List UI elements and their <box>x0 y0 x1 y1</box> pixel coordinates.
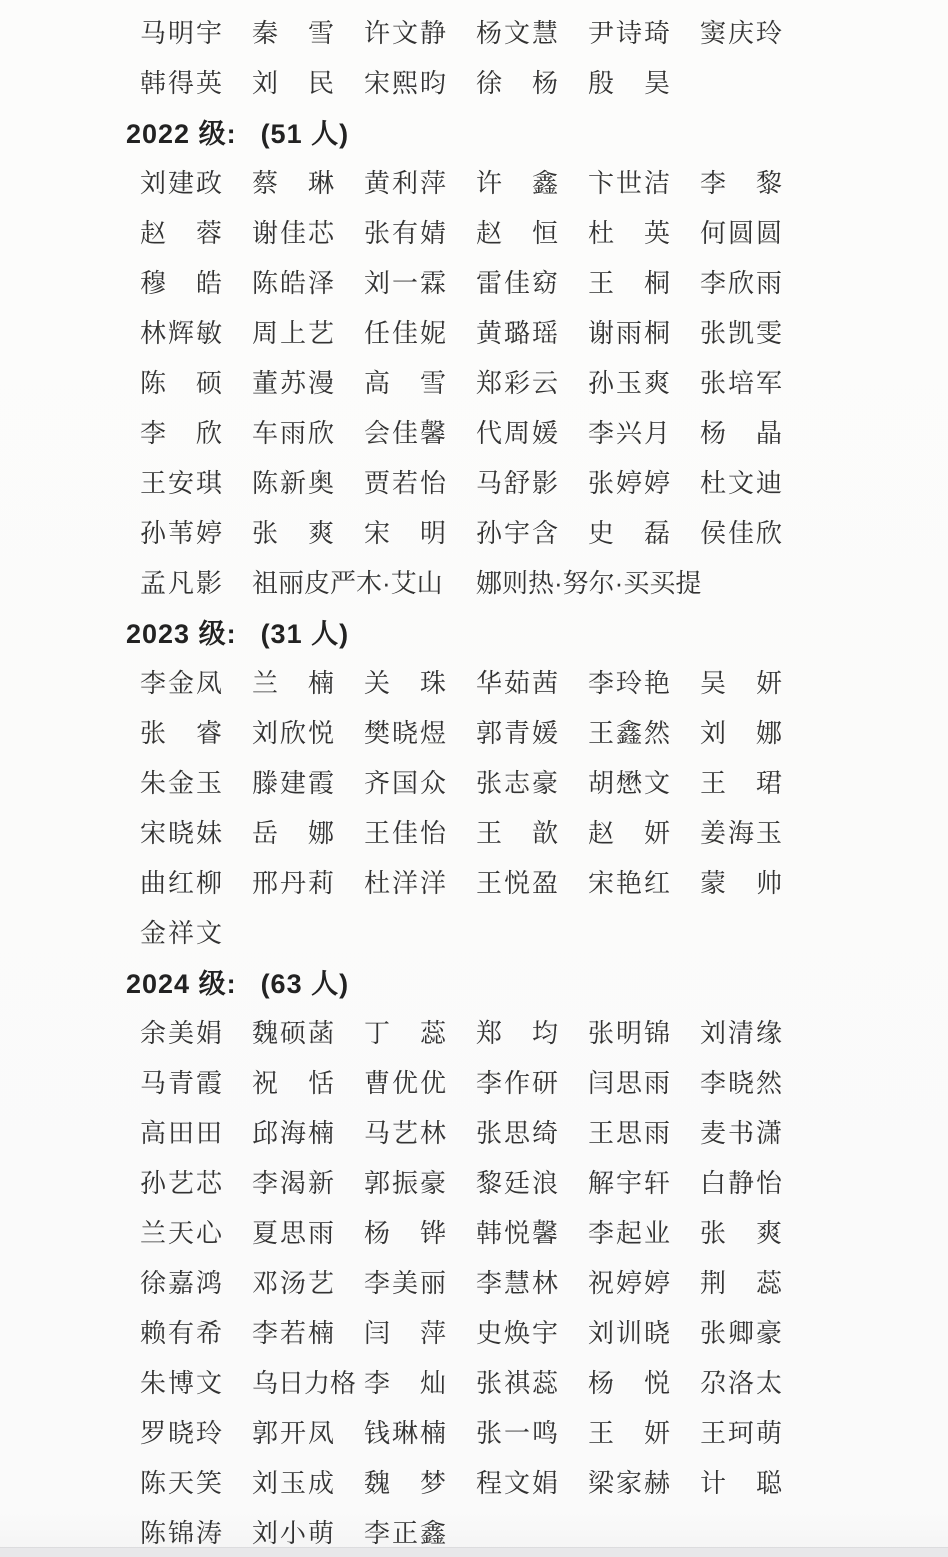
student-name: 雷佳窈 <box>476 263 558 300</box>
student-name: 金祥文 <box>140 913 222 950</box>
student-name: 刘一霖 <box>364 263 446 300</box>
student-name: 祝恬 <box>252 1063 334 1100</box>
student-name: 刘小萌 <box>252 1513 334 1550</box>
student-name: 杜英 <box>588 213 670 250</box>
student-name: 孙艺芯 <box>140 1163 222 1200</box>
name-row: 马明宇秦雪许文静杨文慧尹诗琦窦庆玲 <box>140 6 948 56</box>
student-name: 王鑫然 <box>588 713 670 750</box>
student-name: 麦书潇 <box>700 1113 782 1150</box>
student-name: 兰楠 <box>252 663 334 700</box>
student-name: 罗晓玲 <box>140 1413 222 1450</box>
student-name: 黄利萍 <box>364 163 446 200</box>
class-year-header: 2022 级:(51 人) <box>126 106 948 156</box>
student-name: 窦庆玲 <box>700 13 782 50</box>
student-name: 王歆 <box>476 813 558 850</box>
student-name: 余美娟 <box>140 1013 222 1050</box>
student-name: 董苏漫 <box>252 363 334 400</box>
class-count-label: (31 人) <box>261 612 350 651</box>
student-name: 贾若怡 <box>364 463 446 500</box>
student-name: 史磊 <box>588 513 670 550</box>
student-name: 李起业 <box>588 1213 670 1250</box>
student-name: 蔡琳 <box>252 163 334 200</box>
class-year-header: 2023 级:(31 人) <box>126 606 948 656</box>
student-name: 赵恒 <box>476 213 558 250</box>
student-name: 樊晓煜 <box>364 713 446 750</box>
name-row: 宋晓妹岳娜王佳怡王歆赵妍姜海玉 <box>140 806 948 856</box>
student-name: 郭振豪 <box>364 1163 446 1200</box>
name-row: 兰天心夏思雨杨铧韩悦馨李起业张爽 <box>140 1206 948 1256</box>
student-name: 齐国众 <box>364 763 446 800</box>
student-name: 谢雨桐 <box>588 313 670 350</box>
student-name: 杨铧 <box>364 1213 446 1250</box>
student-name: 魏硕菡 <box>252 1013 334 1050</box>
student-name: 姜海玉 <box>700 813 782 850</box>
student-name: 张有婧 <box>364 213 446 250</box>
student-name: 黎廷浪 <box>476 1163 558 1200</box>
student-name: 王妍 <box>588 1413 670 1450</box>
student-name: 张婷婷 <box>588 463 670 500</box>
student-name: 夏思雨 <box>252 1213 334 1250</box>
student-name: 邢丹莉 <box>252 863 334 900</box>
student-name: 王珺 <box>700 763 782 800</box>
student-name: 黄璐瑶 <box>476 313 558 350</box>
student-name: 徐嘉鸿 <box>140 1263 222 1300</box>
name-row: 韩得英刘民宋熙昀徐杨殷昊 <box>140 56 948 106</box>
student-name: 王思雨 <box>588 1113 670 1150</box>
student-name: 娜则热·努尔·买买提 <box>476 563 670 600</box>
student-name: 闫思雨 <box>588 1063 670 1100</box>
student-name: 郑均 <box>476 1013 558 1050</box>
student-name: 宋明 <box>364 513 446 550</box>
student-name: 刘民 <box>252 63 334 100</box>
student-name: 李欣雨 <box>700 263 782 300</box>
student-name: 岳娜 <box>252 813 334 850</box>
student-name: 任佳妮 <box>364 313 446 350</box>
student-name: 王安琪 <box>140 463 222 500</box>
student-name: 李欣 <box>140 413 222 450</box>
student-name: 张思绮 <box>476 1113 558 1150</box>
student-name: 杜洋洋 <box>364 863 446 900</box>
student-name: 刘建政 <box>140 163 222 200</box>
name-row: 罗晓玲郭开凤钱琳楠张一鸣王妍王珂萌 <box>140 1406 948 1456</box>
class-count-label: (51 人) <box>261 112 350 151</box>
student-name: 张凯雯 <box>700 313 782 350</box>
student-name: 张一鸣 <box>476 1413 558 1450</box>
student-name: 祝婷婷 <box>588 1263 670 1300</box>
student-name: 魏梦 <box>364 1463 446 1500</box>
student-name: 杨文慧 <box>476 13 558 50</box>
student-name: 马艺林 <box>364 1113 446 1150</box>
student-name: 王佳怡 <box>364 813 446 850</box>
student-name: 何圆圆 <box>700 213 782 250</box>
name-row: 朱博文乌日力格李灿张祺蕊杨悦尕洛太 <box>140 1356 948 1406</box>
student-name: 陈锦涛 <box>140 1513 222 1550</box>
student-name: 马舒影 <box>476 463 558 500</box>
roster-list: 马明宇秦雪许文静杨文慧尹诗琦窦庆玲韩得英刘民宋熙昀徐杨殷昊2022 级:(51 … <box>0 0 948 1556</box>
student-name: 宋熙昀 <box>364 63 446 100</box>
student-name: 刘欣悦 <box>252 713 334 750</box>
bottom-edge-bar <box>0 1547 948 1557</box>
student-name: 王珂萌 <box>700 1413 782 1450</box>
student-roster-page: 马明宇秦雪许文静杨文慧尹诗琦窦庆玲韩得英刘民宋熙昀徐杨殷昊2022 级:(51 … <box>0 0 948 1557</box>
student-name: 王桐 <box>588 263 670 300</box>
student-name: 韩得英 <box>140 63 222 100</box>
name-row: 赖有希李若楠闫萍史焕宇刘训晓张卿豪 <box>140 1306 948 1356</box>
student-name: 宋晓妹 <box>140 813 222 850</box>
student-name: 陈硕 <box>140 363 222 400</box>
student-name: 丁蕊 <box>364 1013 446 1050</box>
student-name: 穆皓 <box>140 263 222 300</box>
student-name: 陈天笑 <box>140 1463 222 1500</box>
student-name: 尕洛太 <box>700 1363 782 1400</box>
student-name: 邱海楠 <box>252 1113 334 1150</box>
student-name: 马青霞 <box>140 1063 222 1100</box>
student-name: 乌日力格 <box>252 1363 334 1400</box>
student-name: 兰天心 <box>140 1213 222 1250</box>
student-name: 解宇轩 <box>588 1163 670 1200</box>
student-name: 秦雪 <box>252 13 334 50</box>
student-name: 滕建霞 <box>252 763 334 800</box>
student-name: 侯佳欣 <box>700 513 782 550</box>
name-row: 余美娟魏硕菡丁蕊郑均张明锦刘清缘 <box>140 1006 948 1056</box>
student-name: 钱琳楠 <box>364 1413 446 1450</box>
student-name: 车雨欣 <box>252 413 334 450</box>
student-name: 许文静 <box>364 13 446 50</box>
student-name: 郭青媛 <box>476 713 558 750</box>
name-row: 马青霞祝恬曹优优李作研闫思雨李晓然 <box>140 1056 948 1106</box>
student-name: 李作研 <box>476 1063 558 1100</box>
student-name: 吴妍 <box>700 663 782 700</box>
class-year-label: 2024 级: <box>126 962 237 1001</box>
student-name: 张祺蕊 <box>476 1363 558 1400</box>
student-name: 祖丽皮严木·艾山 <box>252 563 446 600</box>
student-name: 李晓然 <box>700 1063 782 1100</box>
student-name: 马明宇 <box>140 13 222 50</box>
student-name: 赵妍 <box>588 813 670 850</box>
name-row: 金祥文 <box>140 906 948 956</box>
student-name: 高雪 <box>364 363 446 400</box>
student-name: 朱博文 <box>140 1363 222 1400</box>
student-name: 计聪 <box>700 1463 782 1500</box>
student-name: 尹诗琦 <box>588 13 670 50</box>
student-name: 关珠 <box>364 663 446 700</box>
name-row: 王安琪陈新奥贾若怡马舒影张婷婷杜文迪 <box>140 456 948 506</box>
student-name: 赵蓉 <box>140 213 222 250</box>
student-name: 李黎 <box>700 163 782 200</box>
name-row: 孟凡影祖丽皮严木·艾山娜则热·努尔·买买提 <box>140 556 948 606</box>
student-name: 张志豪 <box>476 763 558 800</box>
student-name: 周上艺 <box>252 313 334 350</box>
name-row: 张睿刘欣悦樊晓煜郭青媛王鑫然刘娜 <box>140 706 948 756</box>
student-name: 李正鑫 <box>364 1513 446 1550</box>
name-row: 徐嘉鸿邓汤艺李美丽李慧林祝婷婷荆蕊 <box>140 1256 948 1306</box>
class-year-label: 2022 级: <box>126 112 237 151</box>
student-name: 徐杨 <box>476 63 558 100</box>
student-name: 李渴新 <box>252 1163 334 1200</box>
name-row: 陈硕董苏漫高雪郑彩云孙玉爽张培军 <box>140 356 948 406</box>
name-row: 曲红柳邢丹莉杜洋洋王悦盈宋艳红蒙帅 <box>140 856 948 906</box>
student-name: 韩悦馨 <box>476 1213 558 1250</box>
student-name: 张卿豪 <box>700 1313 782 1350</box>
name-row: 李金凤兰楠关珠华茹茜李玲艳吴妍 <box>140 656 948 706</box>
student-name: 刘娜 <box>700 713 782 750</box>
class-count-label: (63 人) <box>261 962 350 1001</box>
student-name: 史焕宇 <box>476 1313 558 1350</box>
name-row: 刘建政蔡琳黄利萍许鑫卞世洁李黎 <box>140 156 948 206</box>
student-name: 陈皓泽 <box>252 263 334 300</box>
student-name: 梁家赫 <box>588 1463 670 1500</box>
student-name: 闫萍 <box>364 1313 446 1350</box>
name-row: 高田田邱海楠马艺林张思绮王思雨麦书潇 <box>140 1106 948 1156</box>
student-name: 程文娟 <box>476 1463 558 1500</box>
name-row: 李欣车雨欣会佳馨代周媛李兴月杨晶 <box>140 406 948 456</box>
student-name: 李金凤 <box>140 663 222 700</box>
student-name: 胡懋文 <box>588 763 670 800</box>
student-name: 杨晶 <box>700 413 782 450</box>
name-row: 孙艺芯李渴新郭振豪黎廷浪解宇轩白静怡 <box>140 1156 948 1206</box>
class-year-header: 2024 级:(63 人) <box>126 956 948 1006</box>
student-name: 曹优优 <box>364 1063 446 1100</box>
student-name: 宋艳红 <box>588 863 670 900</box>
name-row: 孙苇婷张爽宋明孙宇含史磊侯佳欣 <box>140 506 948 556</box>
student-name: 高田田 <box>140 1113 222 1150</box>
student-name: 李若楠 <box>252 1313 334 1350</box>
name-row: 赵蓉谢佳芯张有婧赵恒杜英何圆圆 <box>140 206 948 256</box>
student-name: 荆蕊 <box>700 1263 782 1300</box>
student-name: 刘玉成 <box>252 1463 334 1500</box>
student-name: 李玲艳 <box>588 663 670 700</box>
class-year-label: 2023 级: <box>126 612 237 651</box>
student-name: 郭开凤 <box>252 1413 334 1450</box>
student-name: 卞世洁 <box>588 163 670 200</box>
student-name: 代周媛 <box>476 413 558 450</box>
student-name: 王悦盈 <box>476 863 558 900</box>
name-row: 朱金玉滕建霞齐国众张志豪胡懋文王珺 <box>140 756 948 806</box>
name-row: 林辉敏周上艺任佳妮黄璐瑶谢雨桐张凯雯 <box>140 306 948 356</box>
student-name: 邓汤艺 <box>252 1263 334 1300</box>
student-name: 杨悦 <box>588 1363 670 1400</box>
student-name: 殷昊 <box>588 63 670 100</box>
student-name: 白静怡 <box>700 1163 782 1200</box>
student-name: 刘训晓 <box>588 1313 670 1350</box>
name-row: 陈天笑刘玉成魏梦程文娟梁家赫计聪 <box>140 1456 948 1506</box>
student-name: 蒙帅 <box>700 863 782 900</box>
student-name: 华茹茜 <box>476 663 558 700</box>
student-name: 会佳馨 <box>364 413 446 450</box>
student-name: 张爽 <box>252 513 334 550</box>
student-name: 郑彩云 <box>476 363 558 400</box>
student-name: 曲红柳 <box>140 863 222 900</box>
student-name: 张培军 <box>700 363 782 400</box>
student-name: 李美丽 <box>364 1263 446 1300</box>
student-name: 谢佳芯 <box>252 213 334 250</box>
student-name: 李兴月 <box>588 413 670 450</box>
student-name: 张睿 <box>140 713 222 750</box>
student-name: 赖有希 <box>140 1313 222 1350</box>
student-name: 李慧林 <box>476 1263 558 1300</box>
student-name: 张明锦 <box>588 1013 670 1050</box>
name-row: 穆皓陈皓泽刘一霖雷佳窈王桐李欣雨 <box>140 256 948 306</box>
student-name: 孙宇含 <box>476 513 558 550</box>
student-name: 张爽 <box>700 1213 782 1250</box>
student-name: 许鑫 <box>476 163 558 200</box>
student-name: 刘清缘 <box>700 1013 782 1050</box>
student-name: 孙苇婷 <box>140 513 222 550</box>
student-name: 孙玉爽 <box>588 363 670 400</box>
student-name: 李灿 <box>364 1363 446 1400</box>
student-name: 杜文迪 <box>700 463 782 500</box>
student-name: 孟凡影 <box>140 563 222 600</box>
student-name: 林辉敏 <box>140 313 222 350</box>
student-name: 陈新奥 <box>252 463 334 500</box>
student-name: 朱金玉 <box>140 763 222 800</box>
